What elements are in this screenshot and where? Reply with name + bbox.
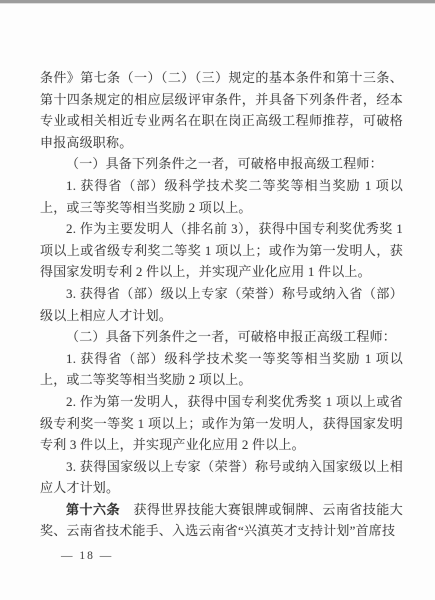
paragraph: （二）具备下列条件之一者，可破格申报正高级工程师： — [40, 326, 403, 348]
scan-edge-artifact — [0, 0, 435, 4]
paragraph: 2. 作为第一发明人，获得中国专利奖优秀奖 1 项以上或省级专利奖一等奖 1 项… — [40, 391, 403, 456]
paragraph: （一）具备下列条件之一者，可破格申报高级工程师： — [40, 153, 403, 175]
paragraph: 2. 作为主要发明人（排名前 3），获得中国专利奖优秀奖 1 项以上或省级专利奖… — [40, 218, 403, 283]
document-page: 条件》第七条（一）（二）（三）规定的基本条件和第十三条、第十四条规定的相应层级评… — [0, 0, 435, 600]
paragraph: 第十六条 获得世界技能大赛银牌或铜牌、云南省技能大奖、云南省技术能手、入选云南省… — [40, 499, 403, 542]
paragraph: 1. 获得省（部）级科学技术奖一等奖等相当奖励 1 项以上，或二等奖等相当奖励 … — [40, 348, 403, 391]
paragraph: 1. 获得省（部）级科学技术奖二等奖等相当奖励 1 项以上，或三等奖等相当奖励 … — [40, 175, 403, 218]
paragraph: 3. 获得省（部）级以上专家（荣誉）称号或纳入省（部）级以上相应人才计划。 — [40, 283, 403, 326]
paragraph: 条件》第七条（一）（二）（三）规定的基本条件和第十三条、第十四条规定的相应层级评… — [40, 67, 403, 153]
document-body: 条件》第七条（一）（二）（三）规定的基本条件和第十三条、第十四条规定的相应层级评… — [40, 67, 403, 542]
article-number: 第十六条 — [66, 502, 120, 517]
paragraph: 3. 获得国家级以上专家（荣誉）称号或纳入国家级以上相应人才计划。 — [40, 456, 403, 499]
page-number: — 18 — — [61, 550, 113, 562]
